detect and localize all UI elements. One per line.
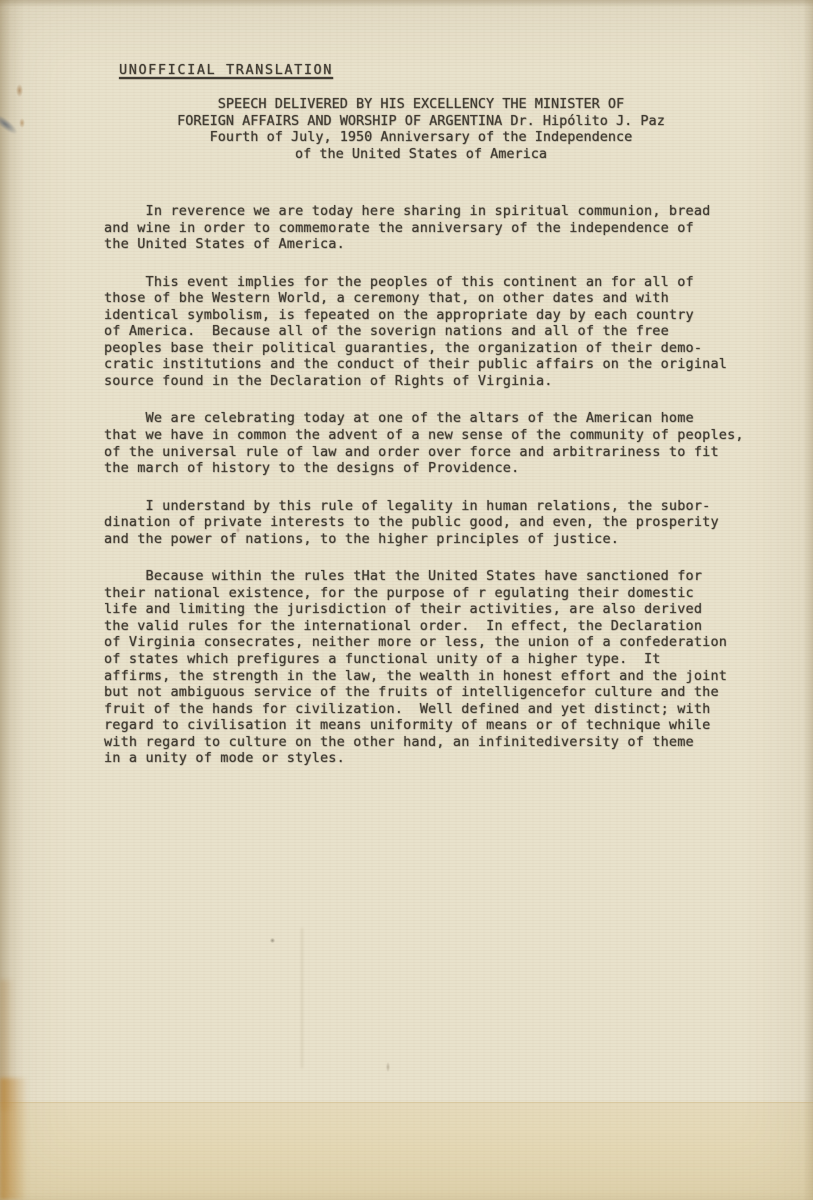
- stain-speck: [270, 938, 275, 943]
- paragraph-1: In reverence we are today here sharing i…: [104, 203, 756, 253]
- stain-speck: [16, 84, 23, 97]
- right-edge-shadow: [803, 0, 813, 1200]
- scanned-document-page: UNOFFICIAL TRANSLATION SPEECH DELIVERED …: [0, 0, 813, 1200]
- bottom-discoloration-band: [0, 1102, 813, 1200]
- paper-crease: [301, 928, 303, 1068]
- document-body: In reverence we are today here sharing i…: [104, 203, 756, 788]
- paragraph-5: Because within the rules tHat the United…: [104, 568, 756, 767]
- title-line: SPEECH DELIVERED BY HIS EXCELLENCY THE M…: [104, 96, 738, 113]
- paragraph-4: I understand by this rule of legality in…: [104, 498, 756, 548]
- top-edge-shadow: [0, 0, 813, 7]
- title-line: Fourth of July, 1950 Anniversary of the …: [104, 129, 738, 146]
- document-label: UNOFFICIAL TRANSLATION: [119, 62, 333, 78]
- stain-speck: [19, 118, 25, 128]
- document-title: SPEECH DELIVERED BY HIS EXCELLENCY THE M…: [104, 96, 738, 162]
- title-line: FOREIGN AFFAIRS AND WORSHIP OF ARGENTINA…: [104, 113, 738, 130]
- paragraph-2: This event implies for the peoples of th…: [104, 274, 756, 390]
- bottom-left-corner-stain: [0, 1078, 36, 1200]
- paragraph-3: We are celebrating today at one of the a…: [104, 410, 756, 476]
- title-line: of the United States of America: [104, 146, 738, 163]
- stain-speck: [386, 1062, 390, 1072]
